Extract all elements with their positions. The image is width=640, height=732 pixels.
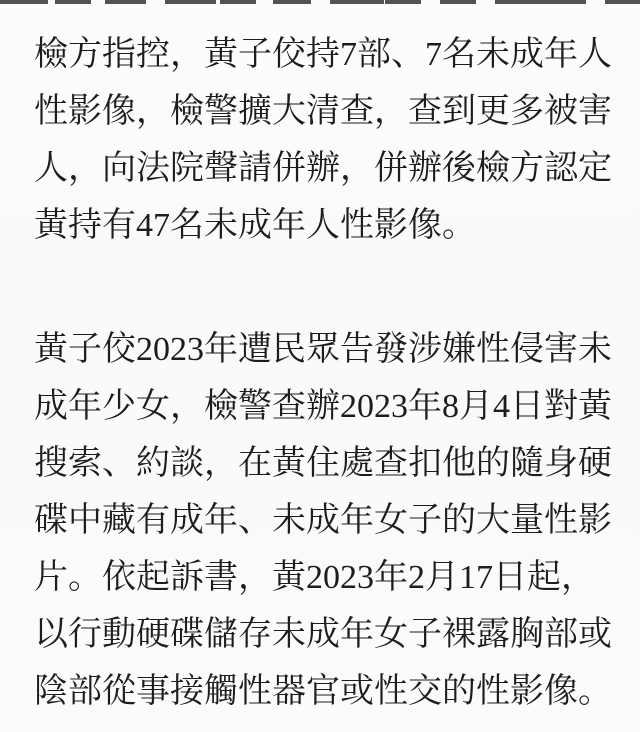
text-line: 黃子佼2023年遭民眾告發涉嫌性侵害未 — [34, 321, 612, 378]
text-line: 陰部從事接觸性器官或性交的性影像。 — [34, 663, 612, 720]
text-line: 檢方指控，黃子佼持7部、7名未成年人 — [34, 26, 612, 83]
text-line: 人，向法院聲請併辦，併辦後檢方認定 — [34, 140, 612, 197]
paragraph-prosecution-charge: 檢方指控，黃子佼持7部、7名未成年人 性影像，檢警擴大清查，查到更多被害 人，向… — [34, 26, 612, 254]
text-line: 碟中藏有成年、未成年女子的大量性影 — [34, 492, 612, 549]
cropped-text-line-fragments — [0, 0, 640, 4]
text-line: 黃持有47名未成年人性影像。 — [34, 197, 612, 254]
text-line: 搜索、約談，在黃住處查扣他的隨身硬 — [34, 435, 612, 492]
paragraph-case-background: 黃子佼2023年遭民眾告發涉嫌性侵害未 成年少女，檢警查辦2023年8月4日對黃… — [34, 321, 612, 720]
text-line: 成年少女，檢警查辦2023年8月4日對黃 — [34, 378, 612, 435]
text-line: 性影像，檢警擴大清查，查到更多被害 — [34, 83, 612, 140]
article-body: 檢方指控，黃子佼持7部、7名未成年人 性影像，檢警擴大清查，查到更多被害 人，向… — [34, 26, 612, 720]
text-line: 片。依起訴書，黃2023年2月17日起， — [34, 549, 612, 606]
text-line: 以行動硬碟儲存未成年女子裸露胸部或 — [34, 606, 612, 663]
